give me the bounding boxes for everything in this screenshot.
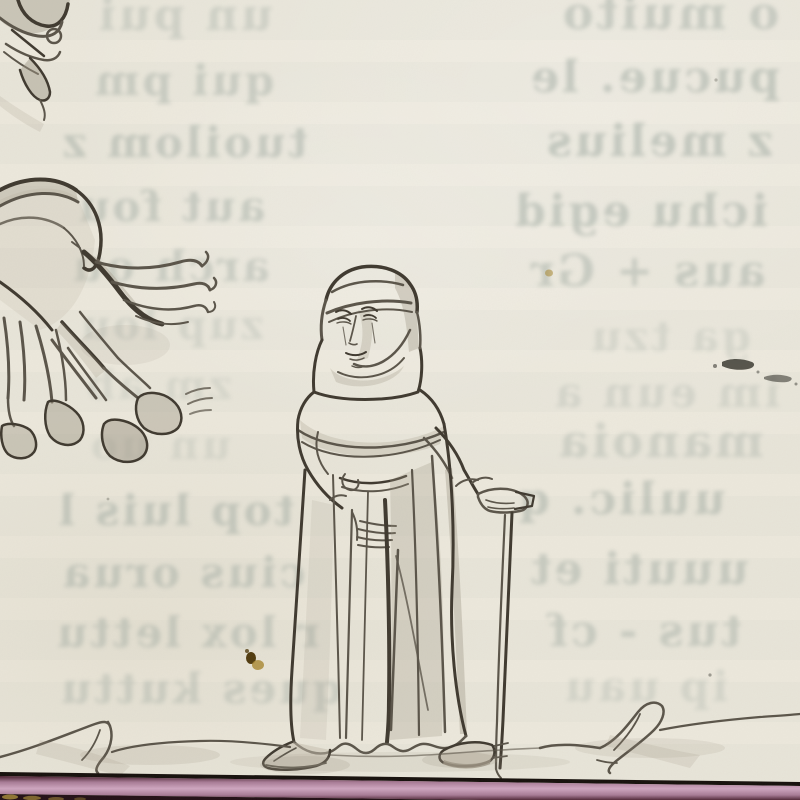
miniature-drawing bbox=[0, 0, 800, 800]
manuscript-page: un puiqui pmtuoilom zaut fouarch ouzup l… bbox=[0, 0, 800, 800]
parchment-grain bbox=[0, 0, 800, 800]
